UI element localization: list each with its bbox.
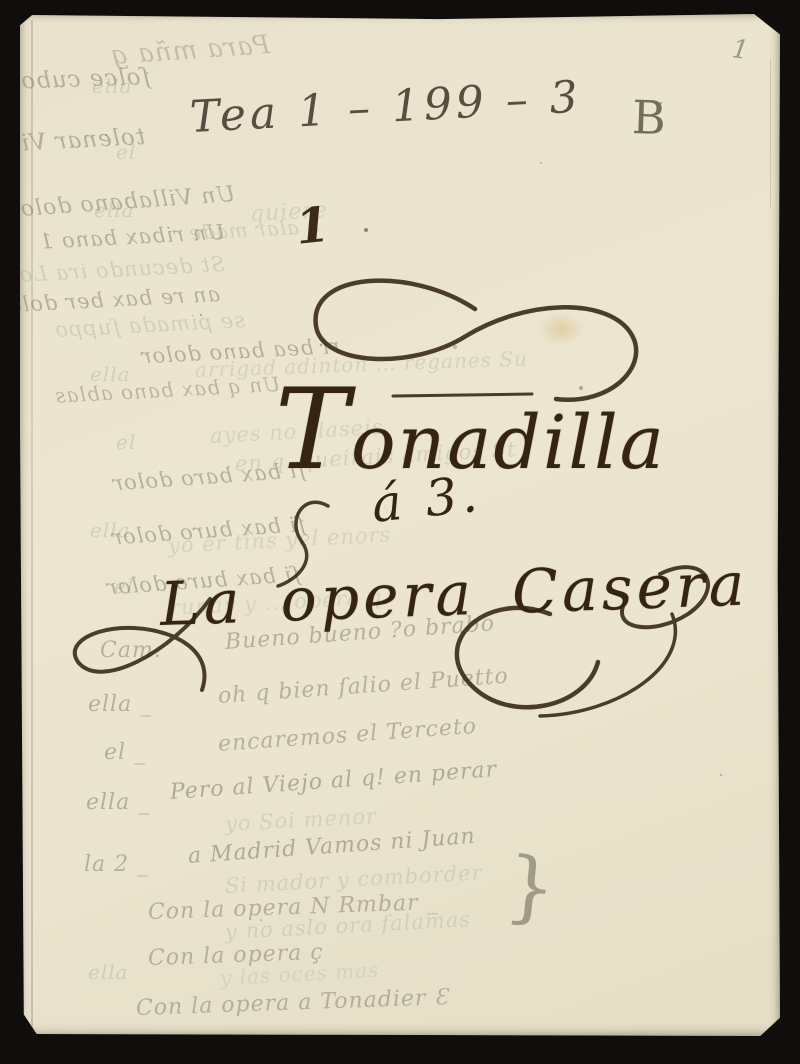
ghost-text-line: oh q bien ſalio el Puetto bbox=[217, 664, 509, 709]
ghost-text-line: la 2 _ bbox=[84, 852, 149, 877]
collection-letter-annotation: B bbox=[631, 90, 667, 145]
folio-number: 1 bbox=[730, 34, 751, 66]
copy-number-mark: 1 bbox=[293, 197, 332, 256]
ghost-text-line: Pero al Viejo al q! en perar bbox=[169, 757, 498, 805]
scan-background: Para mña gſolce cuboro ſolce cuborotolen… bbox=[0, 0, 800, 1064]
ghost-text-line: ella bbox=[88, 960, 129, 984]
archive-shelfmark: Tea 1 – 199 – 3 bbox=[189, 72, 583, 143]
ghost-text-line: Un ribax bano 1 bbox=[38, 220, 225, 254]
ghost-text-line: el bbox=[116, 430, 136, 454]
title-cast-count: á 3. bbox=[369, 465, 484, 534]
copyist-brace: } bbox=[501, 840, 560, 935]
ghost-text-line: ella _ bbox=[86, 790, 150, 815]
ghost-text-line: ella _ bbox=[88, 692, 152, 717]
stacked-sheet-edge bbox=[770, 58, 771, 208]
ghost-text-line: ella bbox=[94, 198, 135, 222]
paper-stain bbox=[538, 312, 584, 346]
ghost-text-line: yo Soi menor bbox=[224, 804, 377, 836]
title-subtitle: La opera Casera bbox=[159, 549, 750, 640]
manuscript-page: Para mña gſolce cuboro ſolce cuborotolen… bbox=[20, 14, 780, 1036]
ghost-text-line: encaremos el Terceto bbox=[217, 714, 478, 757]
ghost-text-line: Con la opera a Tonadier Ɛ bbox=[136, 985, 450, 1021]
ghost-text-line: el bbox=[116, 140, 136, 164]
ghost-text-line: Cam. bbox=[100, 638, 162, 663]
ghost-text-line: el _ bbox=[104, 740, 146, 765]
ghost-text-line: ella bbox=[92, 74, 133, 98]
page-fold-line bbox=[31, 20, 33, 1030]
paper-specks bbox=[20, 14, 22, 16]
ghost-text-line: Un q bax bano ablas bbox=[54, 372, 281, 408]
